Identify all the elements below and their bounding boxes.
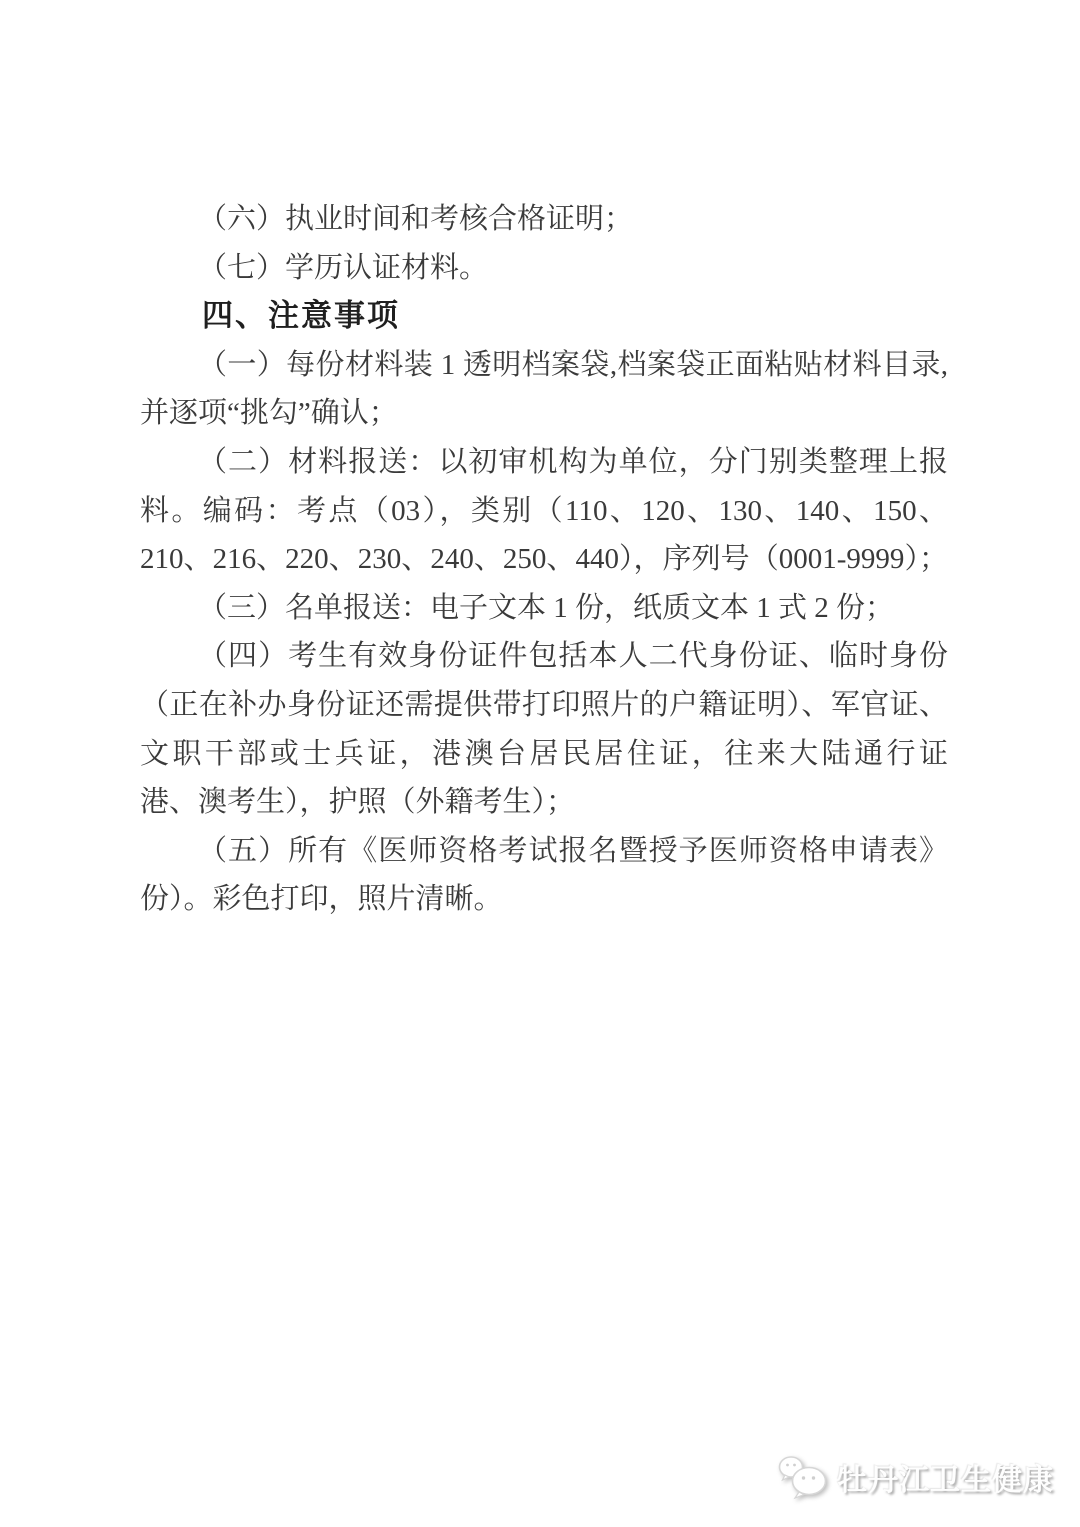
- text-line: （一）每份材料装 1 透明档案袋,档案袋正面粘贴材料目录,: [140, 341, 948, 390]
- text-line: （三）名单报送：电子文本 1 份，纸质文本 1 式 2 份；: [140, 584, 948, 633]
- text-line: 港、澳考生），护照（外籍考生）；: [140, 778, 948, 827]
- text-line: 并逐项“挑勾”确认；: [140, 389, 948, 438]
- section-heading: 四、注意事项: [140, 292, 948, 341]
- text-line: 份）。彩色打印，照片清晰。: [140, 875, 948, 924]
- text-line: （正在补办身份证还需提供带打印照片的户籍证明）、军官证、: [140, 681, 948, 730]
- text-line: （五）所有《医师资格考试报名暨授予医师资格申请表》（2: [140, 827, 948, 876]
- text-line: （七）学历认证材料。: [140, 244, 948, 293]
- document-page: （六）执业时间和考核合格证明；（七）学历认证材料。四、注意事项（一）每份材料装 …: [0, 0, 1080, 1527]
- text-line: 210、216、220、230、240、250、440），序列号（0001-99…: [140, 535, 948, 584]
- text-line: （四）考生有效身份证件包括本人二代身份证、临时身份证: [140, 632, 948, 681]
- watermark-label: 牡丹江卫生健康: [837, 1455, 1054, 1499]
- document-body: （六）执业时间和考核合格证明；（七）学历认证材料。四、注意事项（一）每份材料装 …: [140, 195, 948, 924]
- watermark: 牡丹江卫生健康: [776, 1453, 1054, 1501]
- wechat-icon: [776, 1453, 830, 1501]
- text-line: 料。编码：考点（03），类别（110、120、130、140、150、340、: [140, 487, 948, 536]
- text-line: （六）执业时间和考核合格证明；: [140, 195, 948, 244]
- text-line: 文职干部或士兵证，港澳台居民居住证，往来大陆通行证（台、: [140, 730, 948, 779]
- text-line: （二）材料报送：以初审机构为单位，分门别类整理上报材: [140, 438, 948, 487]
